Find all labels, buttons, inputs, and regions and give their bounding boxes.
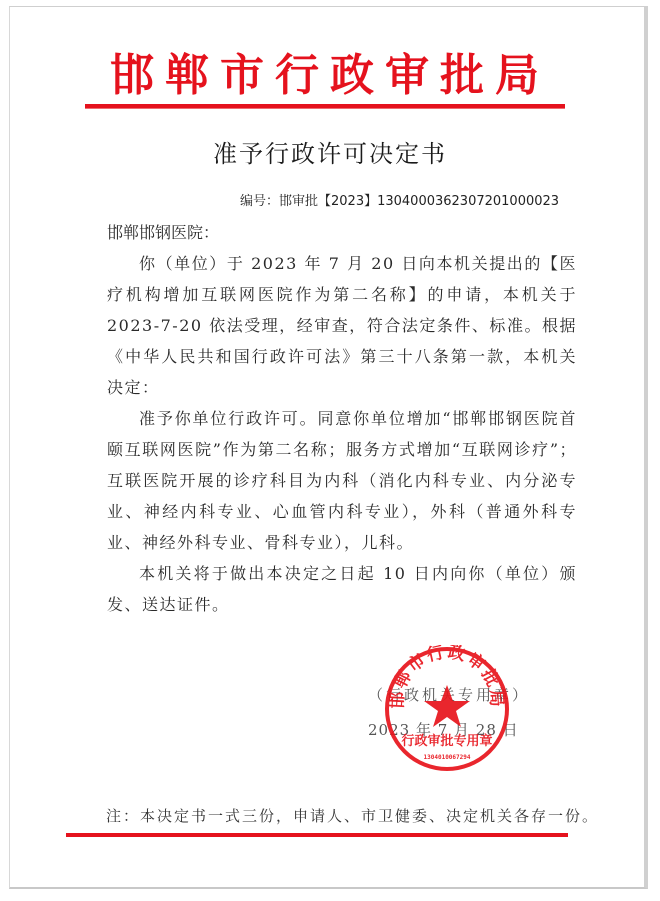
body-paragraph: 你（单位）于 2023 年 7 月 20 日向本机关提出的【医疗机构增加互联网医… — [107, 248, 577, 403]
body-paragraph: 本机关将于做出本决定之日起 10 日内向你（单位）颁发、送达证件。 — [107, 558, 577, 620]
seal-inner-text: 行政审批专用章 — [401, 733, 492, 749]
document-title: 准予行政许可决定书 — [0, 139, 660, 169]
letterhead-agency-name: 邯郸市行政审批局 — [0, 50, 660, 102]
document-number: 编号：邯审批【2023】1304000362307201000023 — [240, 190, 559, 209]
letterhead-red-rule — [85, 104, 565, 109]
document-number-label: 编号： — [240, 194, 279, 209]
footer-red-rule — [66, 833, 568, 837]
official-seal-icon: 邯郸市行政审批局 行政审批专用章 1304010067294 — [383, 645, 511, 773]
seal-serial: 1304010067294 — [424, 754, 471, 761]
body-paragraph: 准予你单位行政许可。同意你单位增加“邯郸邯钢医院首颐互联网医院”作为第二名称；服… — [107, 403, 577, 558]
document-body: 你（单位）于 2023 年 7 月 20 日向本机关提出的【医疗机构增加互联网医… — [107, 248, 577, 620]
footnote: 注：本决定书一式三份，申请人、市卫健委、决定机关各存一份。 — [106, 805, 599, 826]
recipient: 邯郸邯钢医院： — [107, 220, 219, 243]
document-number-value: 邯审批【2023】1304000362307201000023 — [279, 194, 559, 209]
